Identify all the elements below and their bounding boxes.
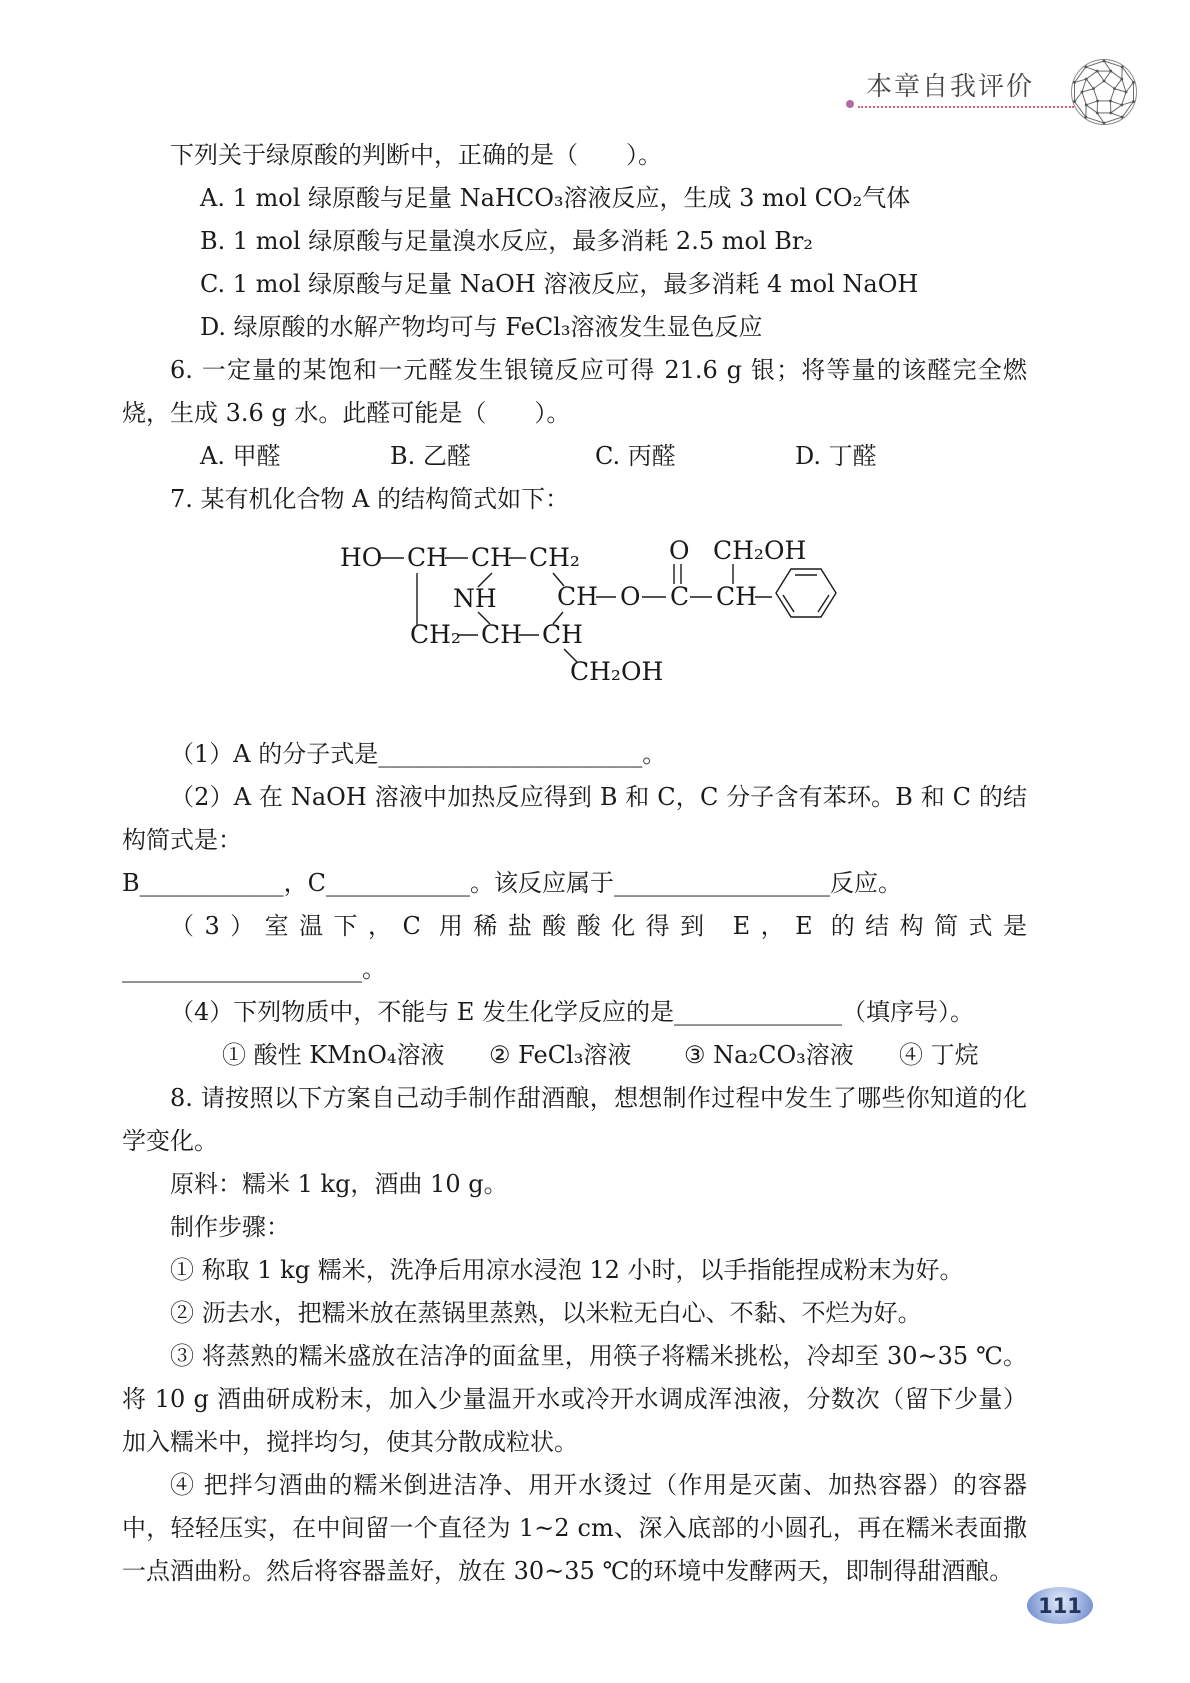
q8-step-2: ② 沥去水，把糯米放在蒸锅里蒸熟，以米粒无白心、不黏、不烂为好。 — [122, 1292, 1027, 1335]
atom-ch-2: CH — [471, 543, 512, 572]
q5-option-d: D. 绿原酸的水解产物均可与 FeCl₃溶液发生显色反应 — [122, 306, 1027, 349]
q6-stem: 6. 一定量的某饱和一元醛发生银镜反应可得 21.6 g 银；将等量的该醛完全燃… — [122, 349, 1027, 435]
atom-ch2-bottom: CH₂ — [410, 620, 461, 649]
substance-1: ① 酸性 KMnO₄溶液 — [222, 1034, 489, 1077]
atom-nh: NH — [453, 584, 497, 613]
q7-stem: 7. 某有机化合物 A 的结构简式如下： — [122, 478, 1027, 521]
q5-option-a: A. 1 mol 绿原酸与足量 NaHCO₃溶液反应，生成 3 mol CO₂气… — [122, 177, 1027, 220]
atom-ch-1: CH — [407, 543, 448, 572]
atom-ch2oh-top: CH₂OH — [713, 536, 806, 565]
page-number-badge: 111 — [1027, 1587, 1093, 1624]
q6-options-row: A. 甲醛B. 乙醛C. 丙醛D. 丁醛 — [122, 435, 1027, 478]
q7-part-2: （2）A 在 NaOH 溶液中加热反应得到 B 和 C，C 分子含有苯环。B 和… — [122, 776, 1027, 862]
substance-4: ④ 丁烷 — [899, 1034, 979, 1077]
q6-option-c: C. 丙醛 — [595, 435, 795, 478]
q8-stem: 8. 请按照以下方案自己动手制作甜酒酿，想想制作过程中发生了哪些你知道的化学变化… — [122, 1077, 1027, 1163]
atom-ch2-top: CH₂ — [529, 543, 580, 572]
page-content: 下列关于绿原酸的判断中，正确的是（ ）。 A. 1 mol 绿原酸与足量 NaH… — [122, 134, 1027, 1593]
q7-substances-row: ① 酸性 KMnO₄溶液② FeCl₃溶液③ Na₂CO₃溶液④ 丁烷 — [122, 1034, 1027, 1077]
substance-3: ③ Na₂CO₃溶液 — [684, 1034, 899, 1077]
substance-2: ② FeCl₃溶液 — [489, 1034, 684, 1077]
q7-part-3: （3）室温下，C 用稀盐酸酸化得到 E，E 的结构简式是____________… — [122, 905, 1027, 991]
atom-ch-bottom-mid: CH — [481, 620, 522, 649]
q8-materials: 原料：糯米 1 kg，酒曲 10 g。 — [122, 1163, 1027, 1206]
atom-carbonyl-o: O — [669, 536, 690, 565]
q5-stem: 下列关于绿原酸的判断中，正确的是（ ）。 — [122, 134, 1027, 177]
q6-option-b: B. 乙醛 — [390, 435, 595, 478]
atom-ch-bottom-right: CH — [542, 620, 583, 649]
atom-ch-ring-right: CH — [557, 582, 598, 611]
q7-part-2-blanks: B____________，C____________。该反应属于_______… — [122, 862, 1027, 905]
header-dotted-rule — [858, 92, 1074, 108]
fullerene-icon — [1068, 56, 1140, 128]
q6-option-d: D. 丁醛 — [795, 435, 877, 478]
header-accent-dot — [846, 100, 854, 108]
q8-step-4: ④ 把拌匀酒曲的糯米倒进洁净、用开水烫过（作用是灭菌、加热容器）的容器中，轻轻压… — [122, 1464, 1027, 1593]
atom-ho: HO — [340, 543, 382, 572]
q8-step-3: ③ 将蒸熟的糯米盛放在洁净的面盆里，用筷子将糯米挑松，冷却至 30~35 ℃。将… — [122, 1335, 1027, 1464]
atom-carbonyl-c: C — [670, 582, 689, 611]
q6-option-a: A. 甲醛 — [200, 435, 390, 478]
q5-option-b: B. 1 mol 绿原酸与足量溴水反应，最多消耗 2.5 mol Br₂ — [122, 220, 1027, 263]
q8-steps-title: 制作步骤： — [122, 1206, 1027, 1249]
benzene-ring — [776, 569, 836, 617]
q7-part-1: （1）A 的分子式是______________________。 — [122, 733, 1027, 776]
structure-diagram-compound-a: HO CH CH CH₂ O CH₂OH NH CH O C CH — [122, 521, 1027, 733]
atom-ester-o: O — [620, 582, 641, 611]
q5-option-c: C. 1 mol 绿原酸与足量 NaOH 溶液反应，最多消耗 4 mol NaO… — [122, 263, 1027, 306]
atom-ch2oh-bottom: CH₂OH — [570, 657, 663, 686]
q7-part-4: （4）下列物质中，不能与 E 发生化学反应的是______________（填序… — [122, 991, 1027, 1034]
page-number: 111 — [1038, 1594, 1082, 1618]
atom-ch-benzylic: CH — [716, 582, 757, 611]
q8-step-1: ① 称取 1 kg 糯米，洗净后用凉水浸泡 12 小时，以手指能捏成粉末为好。 — [122, 1249, 1027, 1292]
